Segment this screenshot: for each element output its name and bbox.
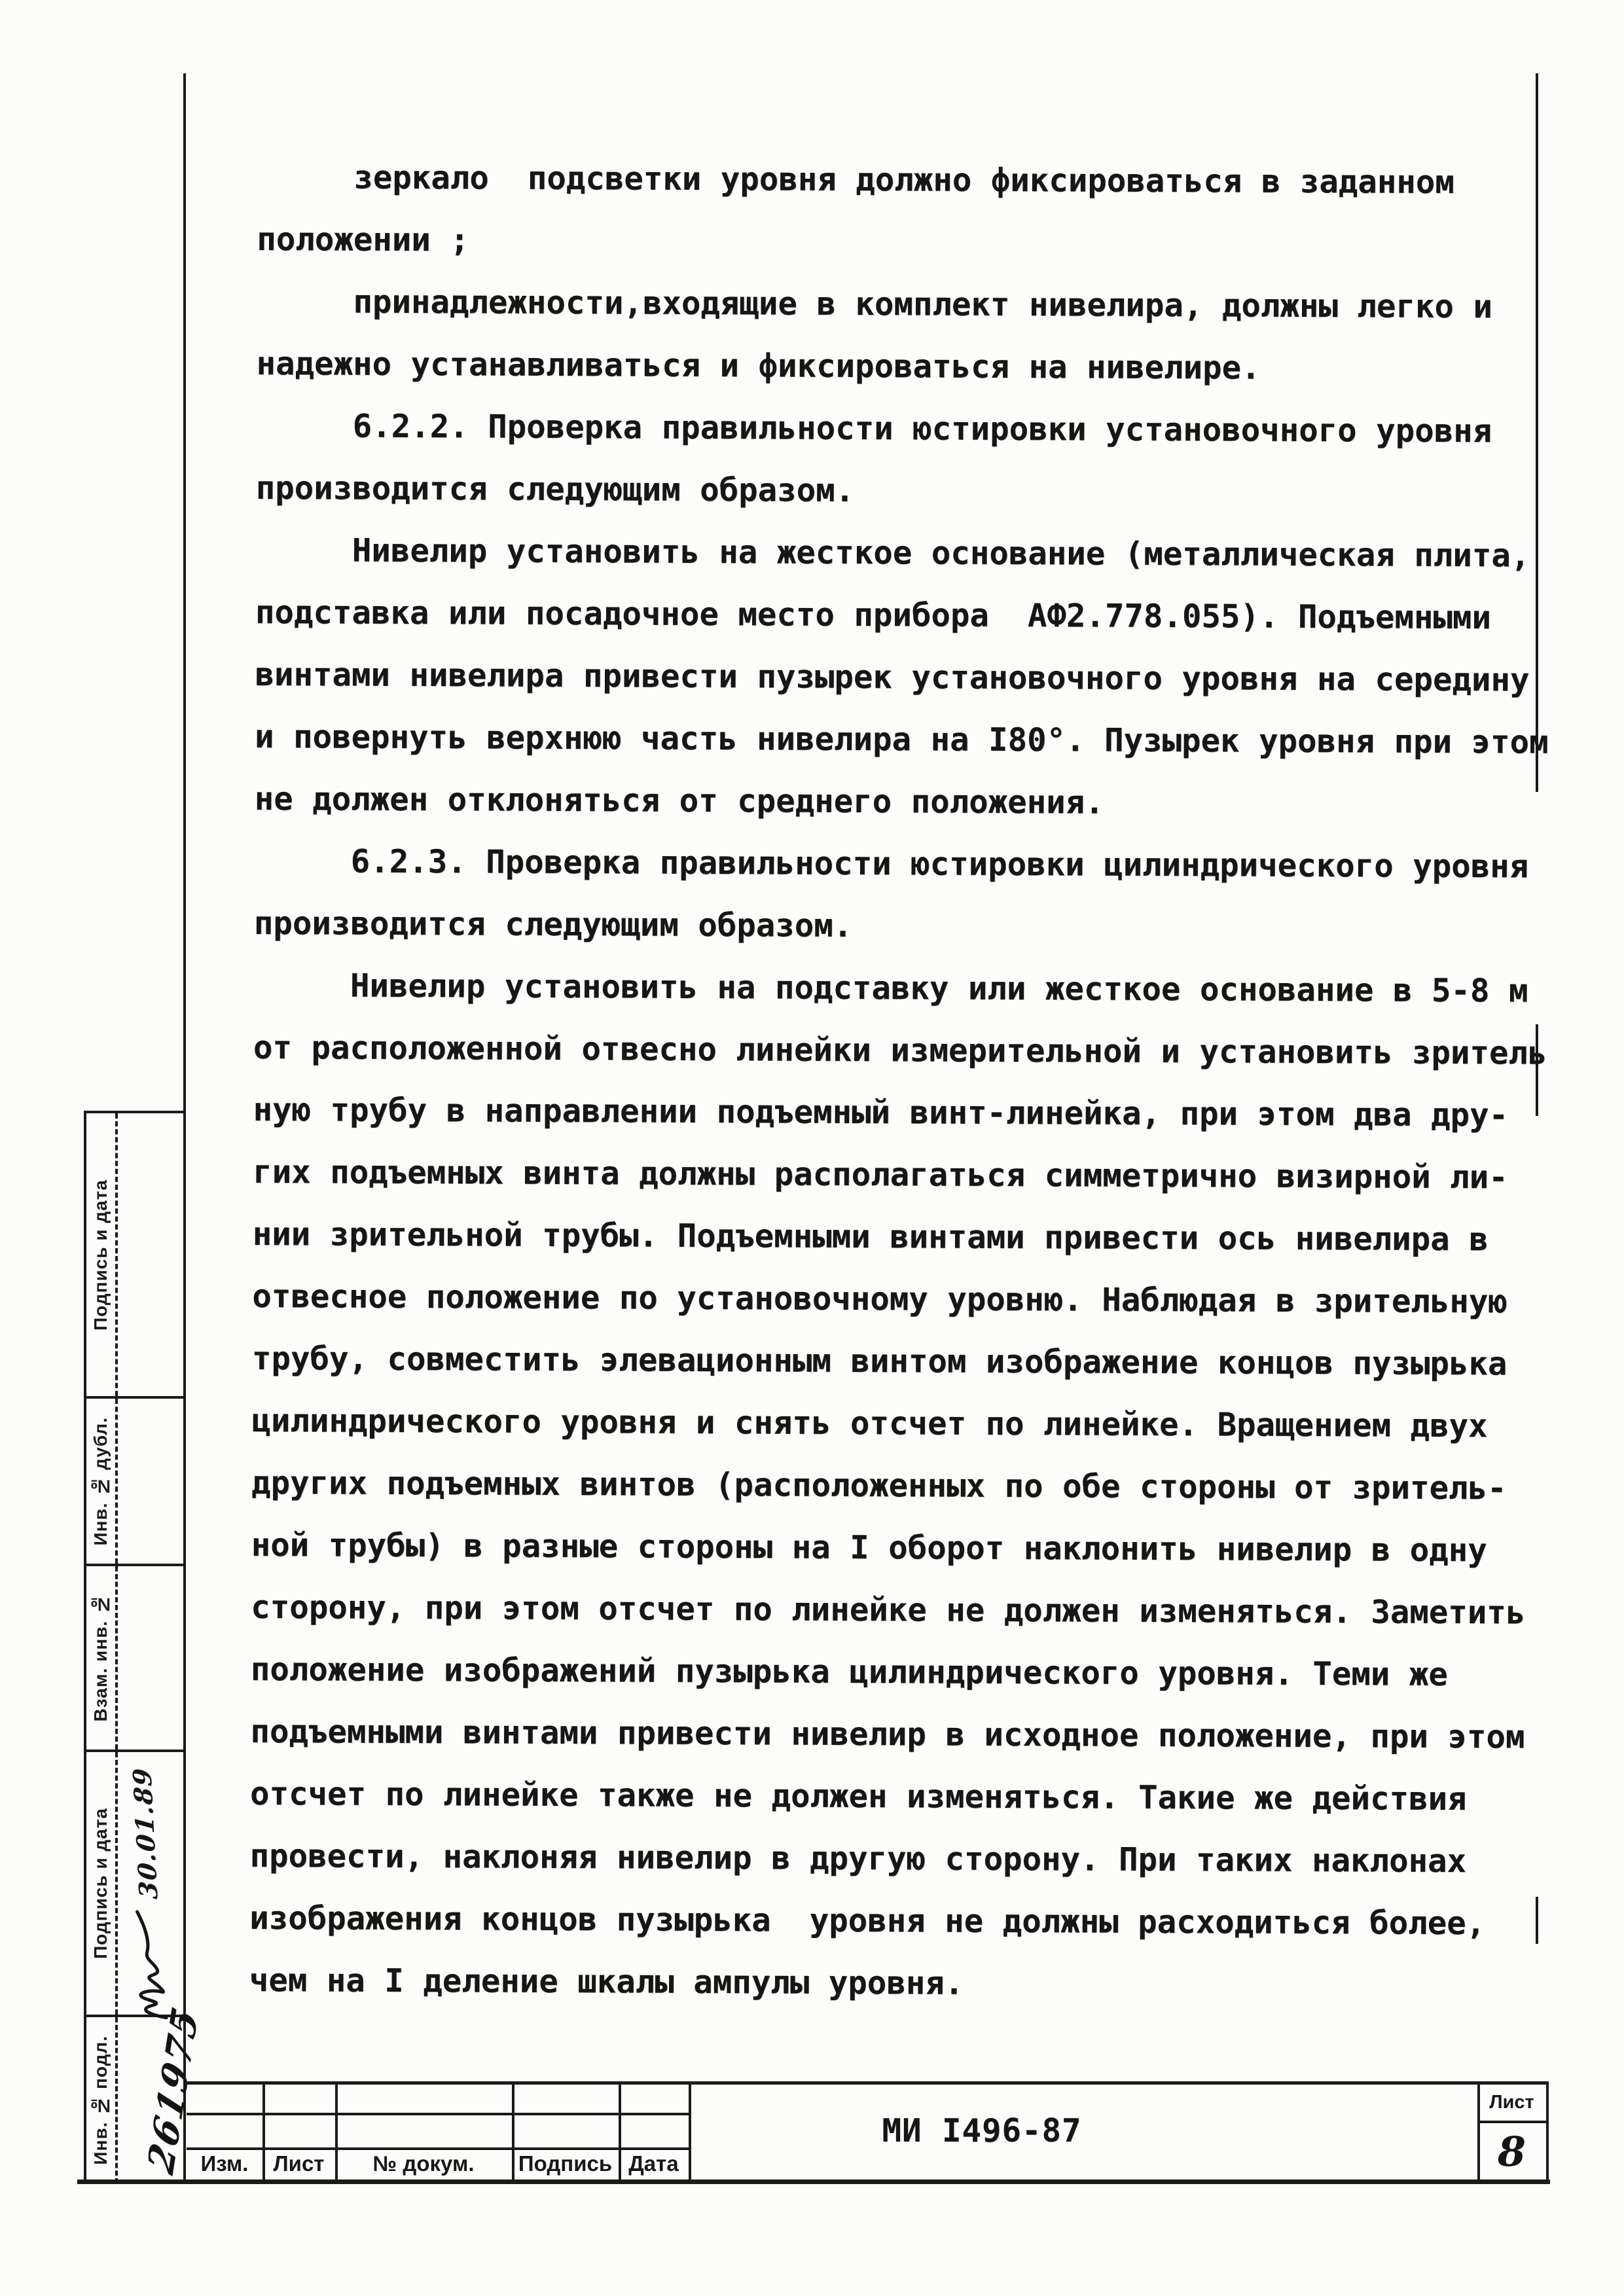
- document-body: зеркало подсветки уровня должно фиксиров…: [249, 146, 1551, 2017]
- sheet-number: 8: [1477, 2123, 1546, 2179]
- text-line: подъемными винтами привести нивелир в ис…: [250, 1700, 1544, 1768]
- text-line: чем на I деление шкалы ампулы уровня.: [249, 1949, 1543, 2017]
- text-line: принадлежности,входящие в комплект нивел…: [257, 270, 1551, 338]
- titleblock-column-label: Подпись: [518, 2151, 612, 2176]
- text-line: других подъемных винтов (расположенных п…: [251, 1452, 1545, 1520]
- text-line: сторону, при этом отсчет по линейке не д…: [251, 1576, 1545, 1644]
- text-line: отвесное положение по установочному уров…: [252, 1265, 1546, 1333]
- stamp-section: Взам. инв. №: [86, 1566, 185, 1752]
- text-line: положении ;: [257, 208, 1551, 276]
- text-line: гих подъемных винта должны располагаться…: [253, 1141, 1547, 1209]
- text-line: производится следующим образом.: [254, 892, 1548, 960]
- stamp-label-cell: Взам. инв. №: [86, 1566, 118, 1749]
- text-line: положение изображений пузырька цилиндрич…: [251, 1638, 1545, 1706]
- stamp-value-cell: [118, 1399, 185, 1564]
- stamp-label-cell: Подпись и дата: [86, 1113, 118, 1396]
- titleblock-column: Подпись: [512, 2147, 619, 2179]
- titleblock-column: Лист: [262, 2147, 335, 2179]
- titleblock-column: Изм.: [187, 2147, 262, 2179]
- stamp-label-cell: Инв. № подл.: [86, 2017, 118, 2183]
- sheet-label: Лист: [1477, 2084, 1546, 2121]
- text-line: отсчет по линейке также не должен изменя…: [250, 1763, 1544, 1831]
- stamp-value-cell: [118, 1113, 185, 1396]
- text-line: ную трубу в направлении подъемный винт-л…: [253, 1079, 1547, 1147]
- text-line: не должен отклоняться от среднего положе…: [254, 768, 1548, 836]
- stamp-label: Инв. № подл.: [90, 2036, 111, 2165]
- titleblock-top-line: [185, 2081, 1549, 2085]
- stamp-value-cell: [118, 1566, 185, 1749]
- text-line: зеркало подсветки уровня должно фиксиров…: [257, 146, 1551, 214]
- text-line: трубу, совместить элевационным винтом из…: [252, 1327, 1546, 1395]
- text-line: нии зрительной трубы. Подъемными винтами…: [253, 1203, 1547, 1271]
- titleblock-column-label: Дата: [628, 2151, 678, 2176]
- titleblock-row-line: [187, 2113, 689, 2115]
- scanned-document-page: зеркало подсветки уровня должно фиксиров…: [0, 0, 1624, 2296]
- titleblock-column-label: № докум.: [372, 2151, 474, 2176]
- titleblock-column-label: Изм.: [201, 2151, 249, 2176]
- titleblock-divider: [689, 2081, 691, 2179]
- text-line: провести, наклоняя нивелир в другую стор…: [249, 1825, 1543, 1893]
- text-line: Нивелир установить на подставку или жест…: [253, 954, 1547, 1022]
- titleblock-column: № докум.: [335, 2147, 512, 2179]
- text-line: надежно устанавливаться и фиксироваться …: [256, 332, 1550, 401]
- stamp-label: Подпись и дата: [90, 1808, 111, 1959]
- document-number: МИ I496-87: [871, 2081, 1093, 2179]
- text-line: ной трубы) в разные стороны на I оборот …: [251, 1514, 1545, 1582]
- titleblock-right-border: [1546, 2081, 1549, 2179]
- titleblock-column-labels: Изм. Лист № докум. Подпись Дата: [187, 2147, 689, 2179]
- stamp-label: Инв. № дубл.: [90, 1417, 111, 1545]
- text-line: производится следующим образом.: [256, 457, 1550, 525]
- text-line: и повернуть верхнюю часть нивелира на I8…: [255, 706, 1549, 774]
- text-line: цилиндрического уровня и снять отсчет по…: [251, 1390, 1545, 1458]
- text-line: изображения концов пузырька уровня не до…: [249, 1887, 1543, 1955]
- handwritten-date: 30.01.89: [126, 1766, 163, 1900]
- stamp-section: Подпись и дата: [86, 1113, 185, 1399]
- titleblock-column: Дата: [619, 2147, 689, 2179]
- text-line: 6.2.3. Проверка правильности юстировки ц…: [254, 830, 1548, 898]
- text-line: Нивелир установить на жесткое основание …: [255, 519, 1549, 587]
- text-line: от расположенной отвесно линейки измерит…: [253, 1016, 1547, 1085]
- titleblock-column-label: Лист: [274, 2151, 325, 2176]
- stamp-section: Инв. № дубл.: [86, 1399, 185, 1566]
- stamp-label: Подпись и дата: [90, 1179, 111, 1331]
- titleblock-bottom-line: [77, 2179, 1550, 2184]
- stamp-label: Взам. инв. №: [90, 1594, 111, 1722]
- text-line: винтами нивелира привести пузырек устано…: [255, 643, 1549, 711]
- text-line: 6.2.2. Проверка правильности юстировки у…: [256, 395, 1550, 463]
- stamp-label-cell: Подпись и дата: [86, 1752, 118, 2015]
- stamp-label-cell: Инв. № дубл.: [86, 1399, 118, 1564]
- text-line: подставка или посадочное место прибора А…: [255, 581, 1549, 649]
